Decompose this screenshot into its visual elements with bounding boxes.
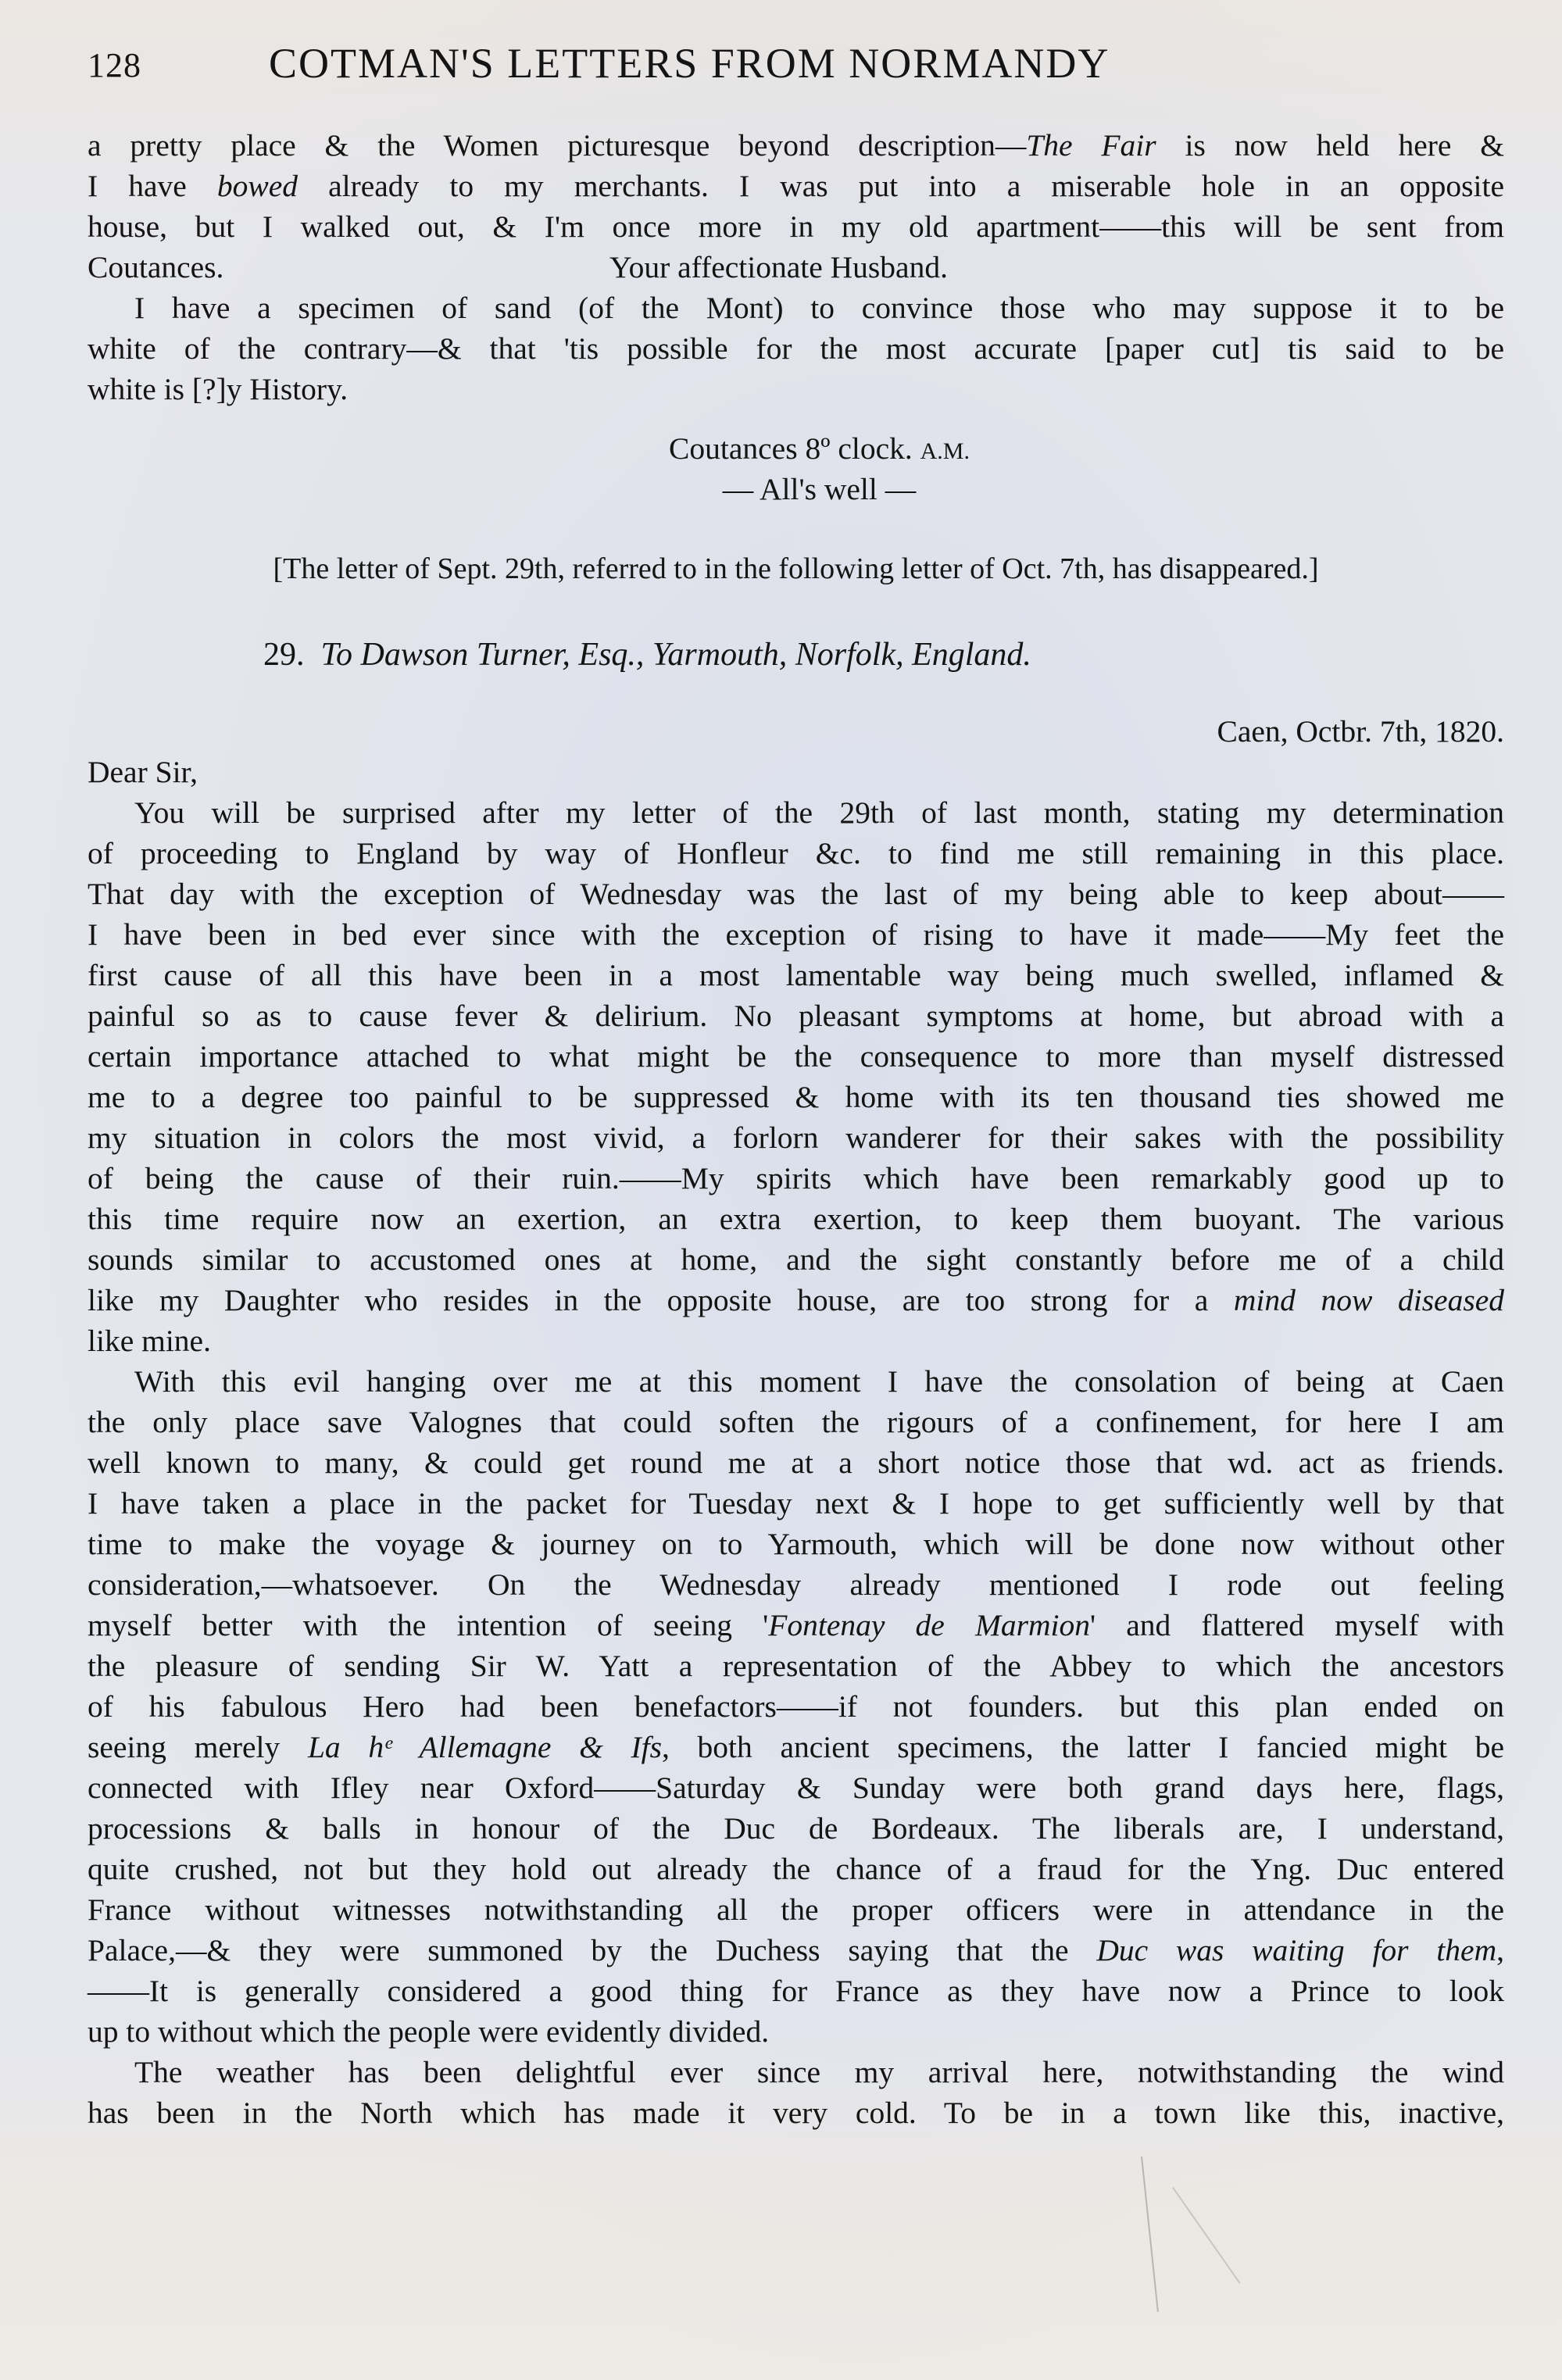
previous-letter-continuation: a pretty place & the Women picturesque b… bbox=[88, 125, 1504, 409]
text-line: well known to many, & could get round me… bbox=[88, 1442, 1504, 1483]
page-number: 128 bbox=[88, 45, 141, 85]
dateline: Coutances 8º clock. A.M. bbox=[88, 428, 1504, 469]
text-line: You will be surprised after my letter of… bbox=[88, 792, 1504, 833]
text-line: of being the cause of their ruin.——My sp… bbox=[88, 1158, 1504, 1199]
text-line: a pretty place & the Women picturesque b… bbox=[88, 125, 1504, 166]
text-line: I have bowed already to my merchants. I … bbox=[88, 166, 1504, 206]
paper-crease bbox=[1141, 2157, 1159, 2312]
running-title: COTMAN'S LETTERS FROM NORMANDY bbox=[269, 39, 1110, 88]
text-line: this time require now an exertion, an ex… bbox=[88, 1199, 1504, 1239]
letter-opening: Caen, Octbr. 7th, 1820. Dear Sir, bbox=[88, 711, 1504, 792]
text-line: Coutances. Your affectionate Husband. bbox=[88, 247, 1504, 288]
text-line: up to without which the people were evid… bbox=[88, 2011, 1504, 2052]
letter-heading: 29. To Dawson Turner, Esq., Yarmouth, No… bbox=[88, 634, 1504, 678]
salutation: Dear Sir, bbox=[88, 752, 1504, 792]
text-line: house, but I walked out, & I'm once more… bbox=[88, 206, 1504, 247]
running-header: 128 COTMAN'S LETTERS FROM NORMANDY bbox=[88, 39, 1494, 94]
text-line: like my Daughter who resides in the oppo… bbox=[88, 1280, 1504, 1320]
text-line: consideration,—whatsoever. On the Wednes… bbox=[88, 1564, 1504, 1605]
text-line: ——It is generally considered a good thin… bbox=[88, 1971, 1504, 2011]
text-line: like mine. bbox=[88, 1320, 1504, 1361]
text-line: I have a specimen of sand (of the Mont) … bbox=[88, 288, 1504, 328]
book-page: 128 COTMAN'S LETTERS FROM NORMANDY a pre… bbox=[0, 0, 1562, 2380]
text-line: Palace,—& they were summoned by the Duch… bbox=[88, 1930, 1504, 1971]
text-line: first cause of all this have been in a m… bbox=[88, 955, 1504, 995]
text-line: the only place save Valognes that could … bbox=[88, 1402, 1504, 1442]
text-line: I have taken a place in the packet for T… bbox=[88, 1483, 1504, 1524]
text-line: The weather has been delightful ever sin… bbox=[88, 2052, 1504, 2092]
text-line: quite crushed, not but they hold out alr… bbox=[88, 1849, 1504, 1889]
text-line: of his fabulous Hero had been benefactor… bbox=[88, 1686, 1504, 1727]
text-line: white of the contrary—& that 'tis possib… bbox=[88, 328, 1504, 369]
paragraph-3: The weather has been delightful ever sin… bbox=[88, 2052, 1504, 2133]
text-line: painful so as to cause fever & delirium.… bbox=[88, 995, 1504, 1036]
text-line: my situation in colors the most vivid, a… bbox=[88, 1117, 1504, 1158]
text-line: sounds similar to accustomed ones at hom… bbox=[88, 1239, 1504, 1280]
place-date: Caen, Octbr. 7th, 1820. bbox=[88, 711, 1504, 752]
text-line: the pleasure of sending Sir W. Yatt a re… bbox=[88, 1646, 1504, 1686]
text-line: myself better with the intention of seei… bbox=[88, 1605, 1504, 1646]
letter-heading-block: 29. To Dawson Turner, Esq., Yarmouth, No… bbox=[88, 634, 1504, 678]
text-line: connected with Ifley near Oxford——Saturd… bbox=[88, 1767, 1504, 1808]
closing: — All's well — bbox=[88, 469, 1504, 509]
text-line: I have been in bed ever since with the e… bbox=[88, 914, 1504, 955]
text-line: That day with the exception of Wednesday… bbox=[88, 874, 1504, 914]
letter-addressee: To Dawson Turner, Esq., Yarmouth, Norfol… bbox=[321, 637, 1031, 673]
text-line: white is [?]y History. bbox=[88, 369, 1504, 409]
text-line: me to a degree too painful to be suppres… bbox=[88, 1077, 1504, 1117]
dateline-block: Coutances 8º clock. A.M. — All's well — bbox=[88, 428, 1504, 509]
text-line: seeing merely La hᵉ Allemagne & Ifs, bot… bbox=[88, 1727, 1504, 1767]
text-line: processions & balls in honour of the Duc… bbox=[88, 1808, 1504, 1849]
paragraph-2: With this evil hanging over me at this m… bbox=[88, 1361, 1504, 2052]
editorial-note-block: [The letter of Sept. 29th, referred to i… bbox=[88, 549, 1504, 589]
text-line: of proceeding to England by way of Honfl… bbox=[88, 833, 1504, 874]
letter-number: 29. bbox=[263, 637, 305, 673]
text-line: With this evil hanging over me at this m… bbox=[88, 1361, 1504, 1402]
text-line: France without witnesses notwithstanding… bbox=[88, 1889, 1504, 1930]
editorial-note: [The letter of Sept. 29th, referred to i… bbox=[88, 549, 1504, 589]
text-line: time to make the voyage & journey on to … bbox=[88, 1524, 1504, 1564]
text-line: has been in the North which has made it … bbox=[88, 2092, 1504, 2133]
signature: Your affectionate Husband. bbox=[609, 247, 948, 288]
paragraph-1: You will be surprised after my letter of… bbox=[88, 792, 1504, 1361]
paper-crease bbox=[1172, 2187, 1241, 2284]
text-line: certain importance attached to what migh… bbox=[88, 1036, 1504, 1077]
